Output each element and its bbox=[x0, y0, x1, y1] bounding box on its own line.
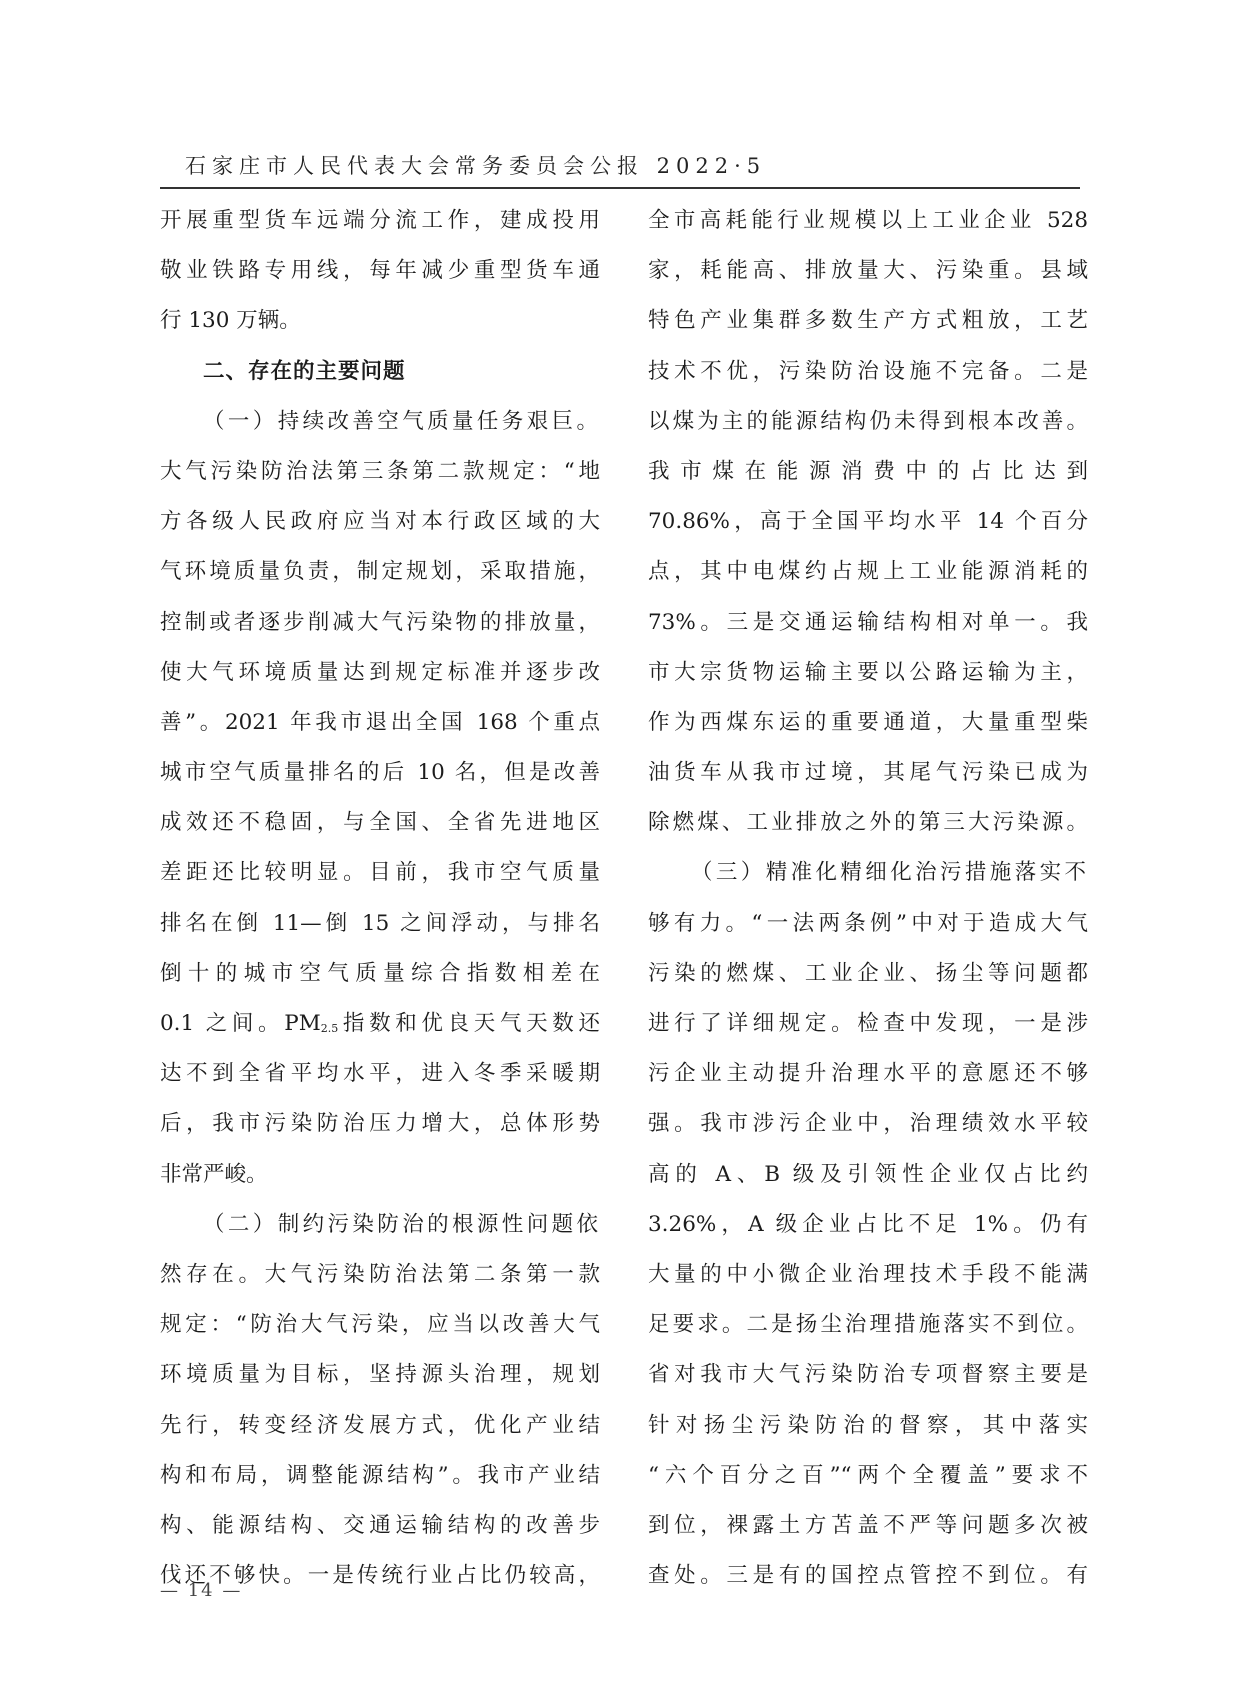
text-line: 大量的中小微企业治理技术手段不能满 bbox=[648, 1250, 1088, 1300]
text-line: 特色产业集群多数生产方式粗放，工艺 bbox=[648, 296, 1088, 346]
text-line: 污染的燃煤、工业企业、扬尘等问题都 bbox=[648, 949, 1088, 999]
text-line: 3.26%，A 级企业占比不足 1%。仍有 bbox=[648, 1200, 1088, 1250]
text-line: 省对我市大气污染防治专项督察主要是 bbox=[648, 1350, 1088, 1400]
text-line: 方各级人民政府应当对本行政区域的大 bbox=[160, 497, 600, 547]
text-line: 油货车从我市过境，其尾气污染已成为 bbox=[648, 748, 1088, 798]
text-line: 市大宗货物运输主要以公路运输为主， bbox=[648, 648, 1088, 698]
text-line: 73%。三是交通运输结构相对单一。我 bbox=[648, 598, 1088, 648]
text-line: 城市空气质量排名的后 10 名，但是改善 bbox=[160, 748, 600, 798]
left-column: 开展重型货车远端分流工作，建成投用 敬业铁路专用线，每年减少重型货车通 行 13… bbox=[160, 196, 600, 1601]
text-line: 我市煤在能源消费中的占比达到 bbox=[648, 447, 1088, 497]
text-line: 排名在倒 11—倒 15 之间浮动，与排名 bbox=[160, 899, 600, 949]
text-line: 敬业铁路专用线，每年减少重型货车通 bbox=[160, 246, 600, 296]
text-line: 构和布局，调整能源结构”。我市产业结 bbox=[160, 1451, 600, 1501]
text-line: 倒十的城市空气质量综合指数相差在 bbox=[160, 949, 600, 999]
text-line: 气环境质量负责，制定规划，采取措施， bbox=[160, 547, 600, 597]
text-line: 作为西煤东运的重要通道，大量重型柴 bbox=[648, 698, 1088, 748]
text-line: 到位，裸露土方苫盖不严等问题多次被 bbox=[648, 1501, 1088, 1551]
text-line: 大气污染防治法第三条第二款规定：“地 bbox=[160, 447, 600, 497]
text-line: 家，耗能高、排放量大、污染重。县域 bbox=[648, 246, 1088, 296]
text-line: 构、能源结构、交通运输结构的改善步 bbox=[160, 1501, 600, 1551]
text-line: 高的 A、B 级及引领性企业仅占比约 bbox=[648, 1150, 1088, 1200]
text-line: 使大气环境质量达到规定标准并逐步改 bbox=[160, 648, 600, 698]
text-line: 规定：“防治大气污染，应当以改善大气 bbox=[160, 1300, 600, 1350]
header-rule bbox=[160, 187, 1080, 189]
page-number: — 14 — bbox=[160, 1580, 242, 1601]
text-line: 达不到全省平均水平，进入冬季采暖期 bbox=[160, 1049, 600, 1099]
text-line: 足要求。二是扬尘治理措施落实不到位。 bbox=[648, 1300, 1088, 1350]
text-line: 差距还比较明显。目前，我市空气质量 bbox=[160, 848, 600, 898]
text-line: 进行了详细规定。检查中发现，一是涉 bbox=[648, 999, 1088, 1049]
subsection-heading: （一）持续改善空气质量任务艰巨。 bbox=[160, 397, 600, 447]
text-line: 全市高耗能行业规模以上工业企业 528 bbox=[648, 196, 1088, 246]
text-line: 开展重型货车远端分流工作，建成投用 bbox=[160, 196, 600, 246]
text-line: 够有力。“一法两条例”中对于造成大气 bbox=[648, 899, 1088, 949]
text-line: 除燃煤、工业排放之外的第三大污染源。 bbox=[648, 798, 1088, 848]
text-line: 先行，转变经济发展方式，优化产业结 bbox=[160, 1401, 600, 1451]
subsection-heading: （二）制约污染防治的根源性问题依 bbox=[160, 1200, 600, 1250]
right-column: 全市高耗能行业规模以上工业企业 528 家，耗能高、排放量大、污染重。县域 特色… bbox=[648, 196, 1088, 1601]
pm-prefix: 0.1 之间。PM bbox=[160, 1011, 321, 1036]
text-line: “六个百分之百”“两个全覆盖”要求不 bbox=[648, 1451, 1088, 1501]
text-line-pm25: 0.1 之间。PM2.5指数和优良天气天数还 bbox=[160, 999, 600, 1049]
subsection-heading: （三）精准化精细化治污措施落实不 bbox=[648, 848, 1088, 898]
text-line: 环境质量为目标，坚持源头治理，规划 bbox=[160, 1350, 600, 1400]
running-header-title: 石家庄市人民代表大会常务委员会公报 2022·5 bbox=[185, 150, 766, 180]
text-line: 技术不优，污染防治设施不完备。二是 bbox=[648, 347, 1088, 397]
text-line: 点，其中电煤约占规上工业能源消耗的 bbox=[648, 547, 1088, 597]
pm-suffix: 指数和优良天气天数还 bbox=[338, 1011, 600, 1036]
text-line: 查处。三是有的国控点管控不到位。有 bbox=[648, 1551, 1088, 1601]
text-line: 后，我市污染防治压力增大，总体形势 bbox=[160, 1099, 600, 1149]
text-line: 然存在。大气污染防治法第二条第一款 bbox=[160, 1250, 600, 1300]
text-line: 针对扬尘污染防治的督察，其中落实 bbox=[648, 1401, 1088, 1451]
text-line: 强。我市涉污企业中，治理绩效水平较 bbox=[648, 1099, 1088, 1149]
text-line: 污企业主动提升治理水平的意愿还不够 bbox=[648, 1049, 1088, 1099]
text-line: 善”。2021 年我市退出全国 168 个重点 bbox=[160, 698, 600, 748]
section-heading: 二、存在的主要问题 bbox=[160, 347, 600, 397]
text-line: 以煤为主的能源结构仍未得到根本改善。 bbox=[648, 397, 1088, 447]
pm-subscript: 2.5 bbox=[321, 1022, 339, 1035]
text-line: 非常严峻。 bbox=[160, 1150, 600, 1200]
text-line: 70.86%，高于全国平均水平 14 个百分 bbox=[648, 497, 1088, 547]
text-line: 行 130 万辆。 bbox=[160, 296, 600, 346]
text-line: 控制或者逐步削减大气污染物的排放量， bbox=[160, 598, 600, 648]
text-line: 成效还不稳固，与全国、全省先进地区 bbox=[160, 798, 600, 848]
